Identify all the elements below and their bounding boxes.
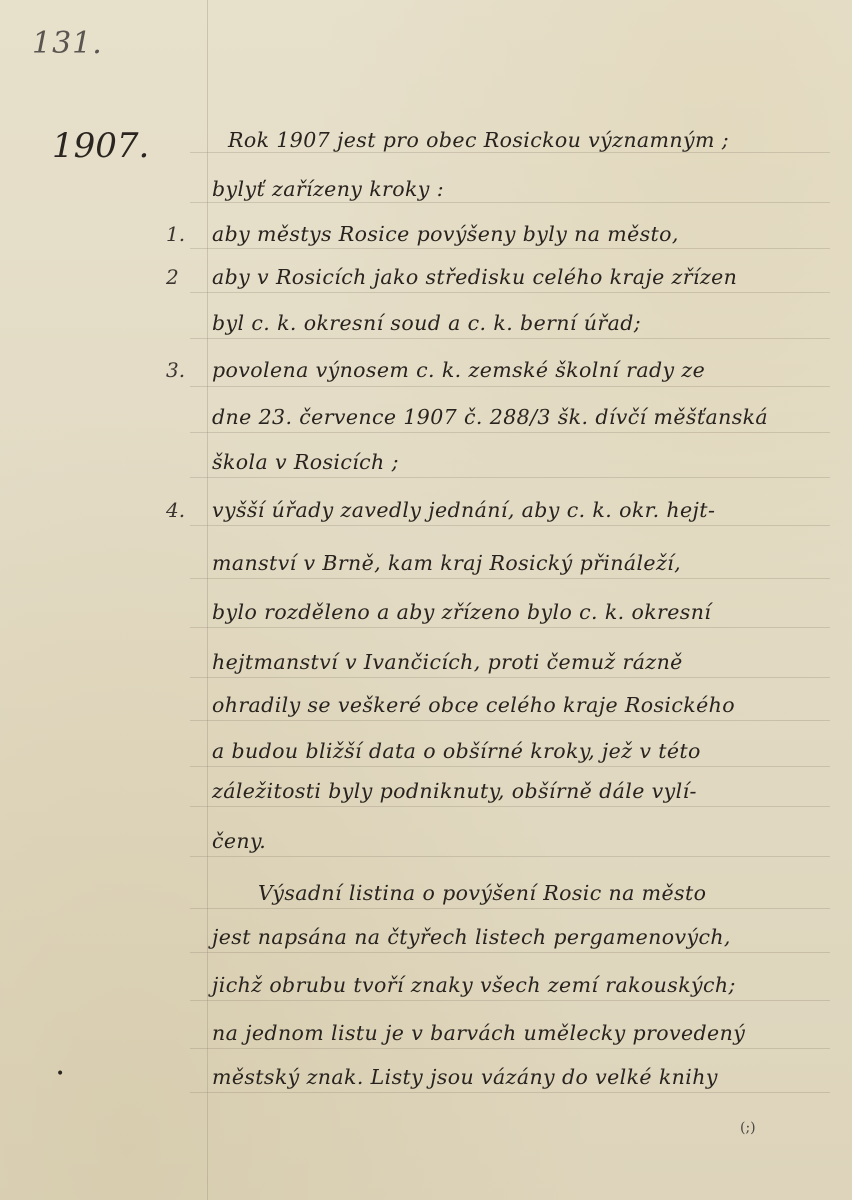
catchword-mark: (;): [740, 1120, 756, 1136]
ruled-line: [190, 292, 830, 293]
ruled-line: [190, 1092, 830, 1093]
text-line: škola v Rosicích ;: [212, 450, 399, 474]
ruled-line: [190, 806, 830, 807]
text-line: Rok 1907 jest pro obec Rosickou významný…: [228, 128, 729, 152]
text-line: povolena výnosem c. k. zemské školní rad…: [212, 358, 705, 382]
list-number: 3.: [166, 358, 185, 382]
ruled-line: [190, 338, 830, 339]
text-line: záležitosti byly podniknuty, obšírně dál…: [212, 779, 697, 803]
text-line: aby městys Rosice povýšeny byly na město…: [212, 222, 679, 246]
text-line: a budou bližší data o obšírné kroky, jež…: [212, 739, 701, 763]
ruled-line: [190, 856, 830, 857]
ruled-line: [190, 908, 830, 909]
list-number: 4.: [166, 498, 185, 522]
ruled-line: [190, 952, 830, 953]
margin-ink-dot: •: [56, 1066, 64, 1082]
text-line: Výsadní listina o povýšení Rosic na měst…: [258, 881, 706, 905]
text-line: hejtmanství v Ivančicích, proti čemuž rá…: [212, 650, 683, 674]
text-line: vyšší úřady zavedly jednání, aby c. k. o…: [212, 498, 715, 522]
text-line: jest napsána na čtyřech listech pergamen…: [212, 925, 731, 949]
ruled-line: [190, 248, 830, 249]
ruled-line: [190, 578, 830, 579]
text-line: jichž obrubu tvoří znaky všech zemí rako…: [212, 973, 736, 997]
text-line: manství v Brně, kam kraj Rosický přinále…: [212, 551, 681, 575]
text-line: aby v Rosicích jako středisku celého kra…: [212, 265, 737, 289]
ruled-line: [190, 525, 830, 526]
list-number: 1.: [166, 222, 185, 246]
folio-number: 131.: [32, 26, 103, 61]
text-line: byl c. k. okresní soud a c. k. berní úřa…: [212, 311, 641, 335]
text-line: čeny.: [212, 829, 266, 853]
text-line: bylyť zařízeny kroky :: [212, 177, 444, 201]
text-line: dne 23. července 1907 č. 288/3 šk. dívčí…: [212, 405, 768, 429]
ruled-line: [190, 1000, 830, 1001]
ruled-line: [190, 386, 830, 387]
ruled-line: [190, 477, 830, 478]
list-number: 2: [166, 265, 179, 289]
text-line: na jednom listu je v barvách umělecky pr…: [212, 1021, 745, 1045]
year-marginal-note: 1907.: [52, 126, 149, 166]
text-line: městský znak. Listy jsou vázány do velké…: [212, 1065, 718, 1089]
manuscript-page: 131. 1907. 1. 2 3. 4. Rok 1907 jest pro …: [0, 0, 852, 1200]
ruled-line: [190, 677, 830, 678]
margin-line: [207, 0, 208, 1200]
text-line: bylo rozděleno a aby zřízeno bylo c. k. …: [212, 600, 711, 624]
text-line: ohradily se veškeré obce celého kraje Ro…: [212, 693, 735, 717]
ruled-line: [190, 202, 830, 203]
ruled-line: [190, 1048, 830, 1049]
ruled-line: [190, 766, 830, 767]
ruled-line: [190, 720, 830, 721]
ruled-line: [190, 152, 830, 153]
ruled-line: [190, 432, 830, 433]
ruled-line: [190, 627, 830, 628]
